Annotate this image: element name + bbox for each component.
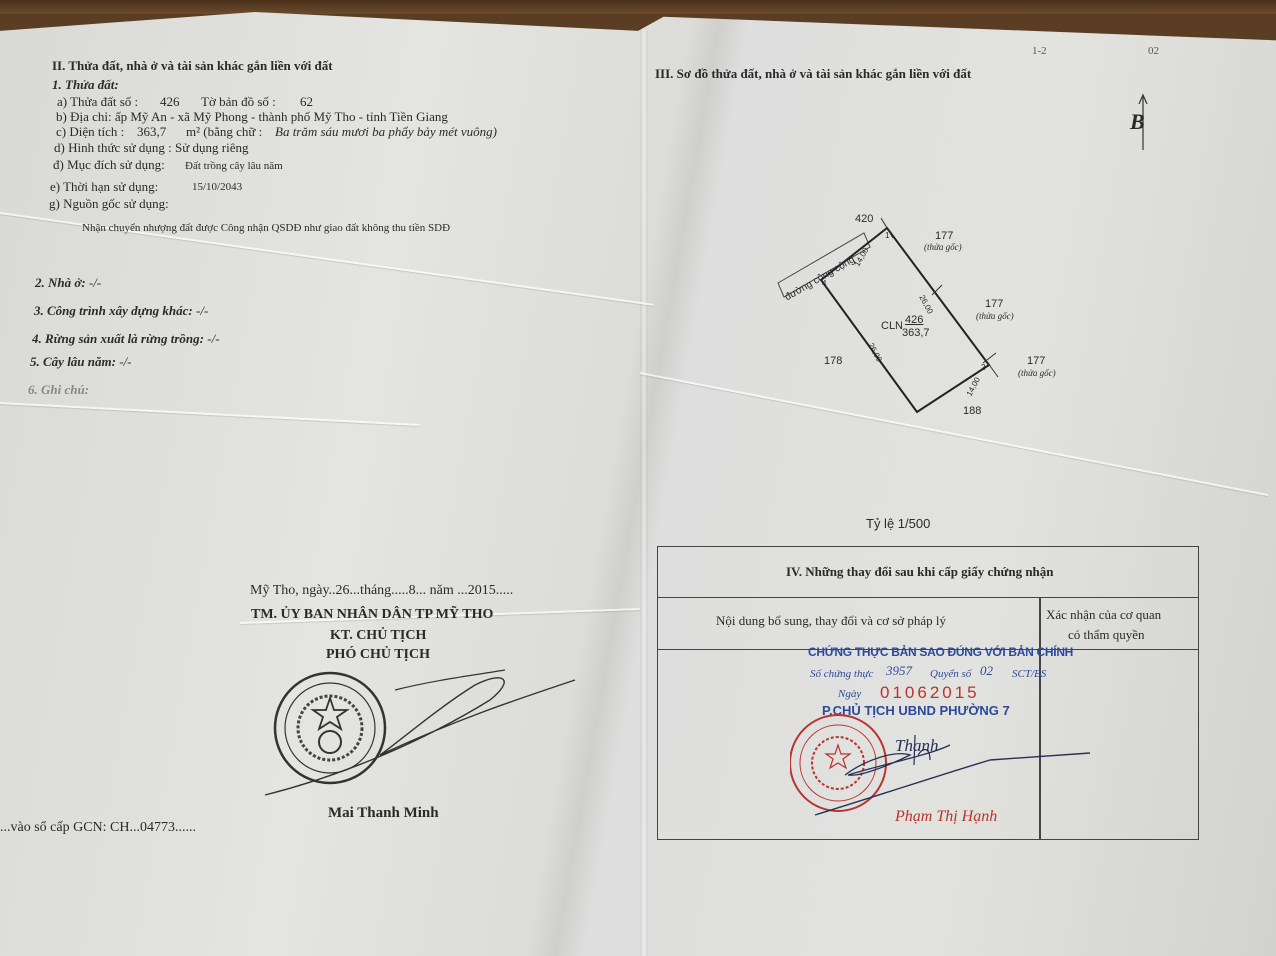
land-heading: 1. Thửa đất: — [52, 77, 119, 92]
area-label: c) Diện tích : — [56, 124, 124, 139]
item-other-construction: 3. Công trình xây dựng khác: -/- — [34, 303, 208, 318]
scale-label: Tỷ lệ 1/500 — [866, 516, 930, 531]
neighbor-177-a-note: (thửa gốc) — [924, 240, 962, 255]
book-no-label: Quyển số — [930, 667, 971, 682]
vertex-4: 4 — [822, 276, 826, 291]
cert-no-value: 3957 — [886, 663, 912, 678]
section-iv-title: IV. Những thay đổi sau khi cấp giấy chứn… — [786, 564, 1054, 579]
neighbor-177-c-note: (thửa gốc) — [1018, 366, 1056, 381]
date-line: Mỹ Tho, ngày..26...tháng.....8... năm ..… — [250, 583, 513, 598]
officer-name: Phạm Thị Hạnh — [895, 808, 997, 826]
signer-name: Mai Thanh Minh — [328, 806, 439, 821]
date-value: 01062015 — [880, 683, 980, 703]
north-label: B — [1130, 110, 1145, 134]
item-notes: 6. Ghi chú: — [28, 382, 89, 397]
term-label: e) Thời hạn sử dụng: — [50, 179, 158, 194]
vertex-1: 1 — [885, 228, 889, 243]
neighbor-420: 420 — [855, 212, 873, 227]
book-no-value: 02 — [980, 663, 993, 678]
address: b) Địa chỉ: ấp Mỹ An - xã Mỹ Phong - thà… — [56, 109, 448, 124]
item-label: 4. Rừng sản xuất là rừng trồng: — [32, 331, 204, 346]
date-label: Ngày — [838, 687, 861, 702]
paper-fold — [640, 30, 648, 956]
corner-mark: 02 — [1148, 44, 1159, 59]
vertex-2: 2 — [981, 360, 985, 375]
land-type: CLN — [881, 319, 903, 334]
cert-no-label: Số chứng thực — [810, 667, 873, 682]
item-label: 3. Công trình xây dựng khác: — [34, 303, 193, 318]
col-content-header: Nội dung bổ sung, thay đổi và cơ sở pháp… — [716, 613, 946, 628]
changes-table-title-row: IV. Những thay đổi sau khi cấp giấy chứn… — [658, 547, 1198, 598]
col-confirm-header-line2: có thẩm quyền — [1068, 627, 1145, 642]
term-value: 15/10/2043 — [192, 180, 242, 195]
officer-signature: Thanh — [895, 738, 938, 753]
certification-header: CHỨNG THỰC BẢN SAO ĐÚNG VỚI BẢN CHÍNH — [808, 645, 1073, 659]
ward-seal-and-signature — [790, 705, 1100, 825]
official-seal-and-signature — [255, 660, 595, 820]
map-sheet-label: Tờ bản đồ số : — [201, 94, 276, 109]
item-value: -/- — [119, 354, 131, 369]
origin-value: Nhận chuyển nhượng đất được Công nhận QS… — [82, 221, 450, 236]
col-confirm-header-line1: Xác nhận của cơ quan — [1046, 607, 1161, 622]
purpose-value: Đất trồng cây lâu năm — [185, 159, 283, 174]
map-sheet-number: 62 — [300, 94, 313, 109]
neighbor-178: 178 — [824, 354, 842, 369]
neighbor-188: 188 — [963, 404, 981, 419]
north-arrow: B — [1128, 92, 1158, 152]
neighbor-177-b-note: (thửa gốc) — [976, 309, 1014, 324]
purpose-label: đ) Mục đích sử dụng: — [53, 157, 165, 172]
corner-mark: 1-2 — [1032, 44, 1047, 59]
area-unit: m² (bằng chữ : — [186, 124, 262, 139]
role-line-1: KT. CHỦ TỊCH — [330, 628, 426, 643]
plot-area: 363,7 — [902, 326, 930, 341]
item-value: -/- — [196, 303, 208, 318]
parcel-number: 426 — [160, 94, 180, 109]
changes-table-header-row: Nội dung bổ sung, thay đổi và cơ sở pháp… — [658, 597, 1198, 650]
item-value: -/- — [207, 331, 219, 346]
origin-label: g) Nguồn gốc sử dụng: — [49, 196, 169, 211]
item-label: 2. Nhà ở: — [35, 275, 86, 290]
use-form: d) Hình thức sử dụng : Sử dụng riêng — [54, 140, 248, 155]
item-value: -/- — [89, 275, 101, 290]
org-name: TM. ỦY BAN NHÂN DÂN TP MỸ THO — [251, 607, 493, 622]
area-value: 363,7 — [137, 124, 166, 139]
item-perennial-trees: 5. Cây lâu năm: -/- — [30, 354, 132, 369]
parcel-label: a) Thửa đất số : — [57, 94, 138, 109]
section-ii-title: II. Thửa đất, nhà ở và tài sản khác gắn … — [52, 58, 333, 73]
area-in-words: Ba trăm sáu mươi ba phẩy bảy mét vuông) — [275, 124, 497, 139]
seal-icon — [275, 673, 385, 783]
book-suffix: SCT/BS — [1012, 667, 1046, 682]
item-planted-forest: 4. Rừng sản xuất là rừng trồng: -/- — [32, 331, 220, 346]
table-surface — [0, 0, 1276, 14]
section-iii-title: III. Sơ đồ thửa đất, nhà ở và tài sản kh… — [655, 66, 971, 81]
registry-number: ...vào sổ cấp GCN: CH...04773...... — [0, 820, 196, 835]
item-house: 2. Nhà ở: -/- — [35, 275, 101, 290]
item-label: 5. Cây lâu năm: — [30, 354, 116, 369]
